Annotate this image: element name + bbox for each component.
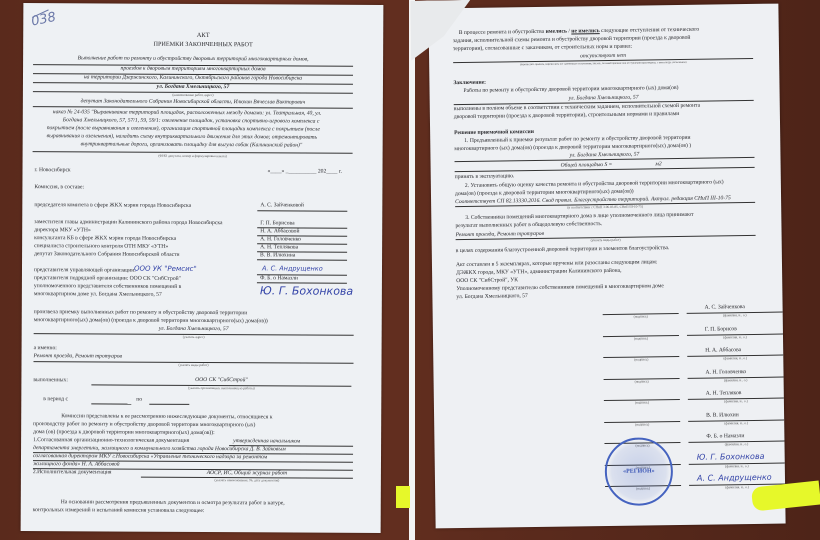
signature-row: А. Н. Тепляков(подпись)(фамилия, и., о.): [428, 4, 778, 9]
handwritten-signature: Ю. Г. Бохонкова: [260, 284, 353, 299]
caption: (фамилия, и., о.): [689, 463, 785, 469]
caption: (подпись): [603, 357, 679, 363]
signature-row: В. В. Илюхин(подпись)(фамилия, и., о.): [428, 4, 778, 9]
caption: (фамилия, и., о.): [688, 420, 784, 426]
caption: (фамилия, и., о.): [687, 356, 783, 362]
date-field: «____» ___________ 202____ г.: [267, 168, 341, 176]
rep-role: представителя управляющей организации:: [34, 267, 136, 275]
handwritten-org: ООО УК "Ремсис": [134, 265, 197, 275]
caption: (подпись): [604, 400, 680, 406]
period-label: в период с: [43, 396, 68, 404]
caption: (указать наименование, №, дату документо…: [141, 478, 353, 484]
decision-text: результат выполненных работ в общедолеву…: [455, 221, 602, 231]
caption: (фамилия, и., о.): [687, 313, 783, 319]
conclusion-intro: контрольных измерений и испытаний комисс…: [33, 507, 205, 515]
signature-row: А. С. Андрущенко(подпись)(фамилия, и., о…: [428, 4, 778, 9]
signatory-name: А. Н. Тепляков: [706, 390, 742, 398]
caption: (фамилия, и., о.): [688, 399, 784, 405]
signatory-name: А. С. Андрущенко: [697, 473, 772, 485]
signature-row: Н. А. Аббасова(подпись)(фамилия, и., о.): [428, 4, 778, 9]
rep-role: уполномоченного представителя собственни…: [34, 283, 181, 291]
sticky-note-tab: [396, 486, 410, 508]
purpose-text: в целях содержания благоустроенной дворо…: [456, 245, 670, 256]
signatory-name: Г. П. Борисов: [705, 326, 737, 334]
intro-line: Выполнение работ по ремонту и обустройст…: [33, 55, 353, 64]
namely-value: Ремонт проезда, Ремонт тротуаров: [34, 353, 122, 361]
caption: (подпись): [604, 421, 680, 427]
caption: (указать виды работ): [33, 362, 353, 368]
member-role: депутат Законодательного Собрания Новоси…: [34, 251, 180, 259]
signature-row: Ф. Б. о Намазли(подпись)(фамилия, и., о.…: [428, 4, 778, 9]
caption: (фамилия, и., о.): [688, 442, 784, 448]
signatory-name: Н. А. Аббасова: [705, 347, 741, 355]
caption: (фамилия, и., о.): [688, 377, 784, 383]
signatory-name: А. С. Зайченкова: [705, 304, 745, 312]
signature-row: А. Н. Головченко(подпись)(фамилия, и., о…: [428, 4, 778, 9]
chair-role: председателя комитета в сфере ЖКХ мэрии …: [34, 202, 191, 210]
city: г. Новосибирск: [34, 167, 70, 175]
signatory-name: А. Н. Головченко: [705, 369, 746, 377]
copies-text: ул. Богдана Хмельницкого, 57: [456, 293, 527, 302]
handwritten-name: А. С. Андрущенко: [262, 264, 323, 273]
signature-row: Ю. Г. Бохонкова(подпись)(фамилия, и., о.…: [428, 4, 778, 9]
signature-row: Г. П. Борисов(подпись)(фамилия, и., о.): [428, 4, 778, 9]
rule: [91, 403, 131, 404]
rep-role: представителя подрядной организации: ООО…: [34, 275, 181, 283]
rule: [149, 404, 189, 405]
company-stamp: «РЕГИОН»: [604, 437, 673, 506]
signatory-name: Ю. Г. Бохонкова: [697, 451, 765, 463]
caption: (подпись): [604, 378, 680, 384]
caption: (подпись): [603, 336, 679, 342]
accept-text: принять в эксплуатацию.: [455, 173, 515, 181]
document-page-1: 038 АКТ ПРИЕМКИ ЗАКОНЧЕННЫХ РАБОТ Выполн…: [21, 3, 384, 533]
signature-block: А. С. Зайченкова(подпись)(фамилия, и., о…: [428, 4, 778, 9]
doc1-label: 1.Согласованная организационно-технологи…: [33, 437, 189, 445]
order-text: внутриквартальные дороги, организовать п…: [81, 141, 303, 150]
member-role: специалиста строительного контроля ОТН М…: [34, 243, 168, 251]
rep-role: многоквартирном доме ул. Богдана Хмельни…: [34, 291, 162, 299]
signature-row: А. С. Зайченкова(подпись)(фамилия, и., о…: [428, 4, 778, 9]
copies-text: ДЭЖКХ города, МКУ «УТН», администрации К…: [456, 268, 622, 278]
copies-text: Уполномоченному представителю собственни…: [456, 283, 664, 293]
caption: (подпись): [603, 314, 679, 320]
caption: (ФИО депутата, номер и формулировка нака…: [33, 153, 353, 159]
commission-label: Комиссия, в составе:: [34, 184, 84, 192]
conclusion-heading: Заключение:: [453, 80, 486, 88]
member-role: директора МКУ «УТН»: [34, 227, 91, 235]
commission-members: заместителя главы администрации Калининс…: [23, 3, 383, 5]
period-to-label: по: [136, 397, 142, 405]
doc2-label: 2.Исполнительная документация: [33, 469, 112, 477]
caption: (указать адрес): [34, 334, 354, 340]
image-divider: [409, 0, 415, 540]
caption: (фамилия, и., о.): [687, 334, 783, 340]
stamp-text: «РЕГИОН»: [623, 467, 655, 476]
chair-name: А. С. Зайченковой: [260, 202, 304, 210]
rule: [257, 259, 347, 260]
signatory-name: В. В. Илюхин: [706, 412, 739, 420]
performed-label: выполненных:: [33, 377, 68, 385]
document-subtitle: ПРИЕМКИ ЗАКОНЧЕННЫХ РАБОТ: [23, 40, 383, 50]
member-role: консультанта КБ в сфере ЖКХ мэрии города…: [34, 235, 176, 243]
rule: [257, 210, 347, 211]
document-page-2: В процессе ремонта и обустройства имелис…: [428, 4, 785, 529]
signatory-name: Ф. Б. о Намазли: [706, 433, 744, 441]
caption: (указать организацию, выполнившую работы…: [91, 385, 351, 391]
namely-label: а именно:: [34, 345, 57, 353]
